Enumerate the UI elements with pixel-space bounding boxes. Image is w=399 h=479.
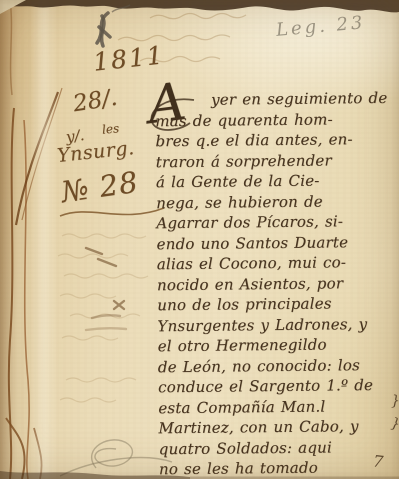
manuscript-line: nocido en Asientos, por	[157, 272, 399, 295]
manuscript-line: nega, se hubieron de	[156, 190, 398, 213]
edge-ink-mark: 7	[372, 452, 384, 472]
binding-thread-decoration	[0, 0, 90, 479]
manuscript-line: á la Gente de la Cie-	[156, 170, 398, 193]
manuscript-line: Agarrar dos Pícaros, si-	[156, 211, 398, 234]
pencil-annotation: Leg. 23	[275, 12, 366, 41]
manuscript-line: endo uno Santos Duarte	[156, 231, 398, 254]
manuscript-line: yer en seguimiento de	[155, 88, 397, 111]
fold-crease	[30, 0, 58, 479]
manuscript-line: el otro Hermenegildo	[158, 334, 399, 357]
manuscript-line: bres q.e el dia antes, en-	[155, 129, 397, 152]
manuscript-line: alias el Cocono, mui co-	[157, 252, 399, 275]
margin-note-superscript: les	[101, 121, 119, 136]
manuscript-text-block: yer en seguimiento de mas de quarenta ho…	[155, 88, 399, 479]
manuscript-line: conduce el Sargento 1.º de	[158, 375, 399, 398]
manuscript-line: uno de los principales	[157, 293, 399, 316]
manuscript-line: mas de quarenta hom-	[155, 108, 397, 131]
manuscript-line: de León, no conocido: los	[158, 354, 399, 377]
edge-ink-mark: }	[390, 415, 399, 432]
edge-ink-mark: }	[391, 393, 399, 409]
manuscript-line: Martinez, con un Cabo, y	[158, 416, 399, 439]
manuscript-line: Ynsurgentes y Ladrones, y	[157, 313, 399, 336]
manuscript-line: esta Compañía Man.l	[158, 395, 399, 418]
folio-annotation: 28/.	[71, 85, 119, 118]
manuscript-line: traron á sorprehender	[156, 149, 398, 172]
binding-gutter-shadow	[0, 0, 16, 479]
manuscript-page-scan: Leg. 23 1811 28/. y/. les Ynsurg. № 28 A…	[0, 0, 399, 479]
manuscript-line: quatro Soldados: aqui	[159, 436, 399, 459]
margin-note-number: № 28	[59, 165, 141, 209]
manuscript-line: no se les ha tomado	[159, 457, 399, 479]
year-annotation: 1811	[92, 40, 166, 76]
